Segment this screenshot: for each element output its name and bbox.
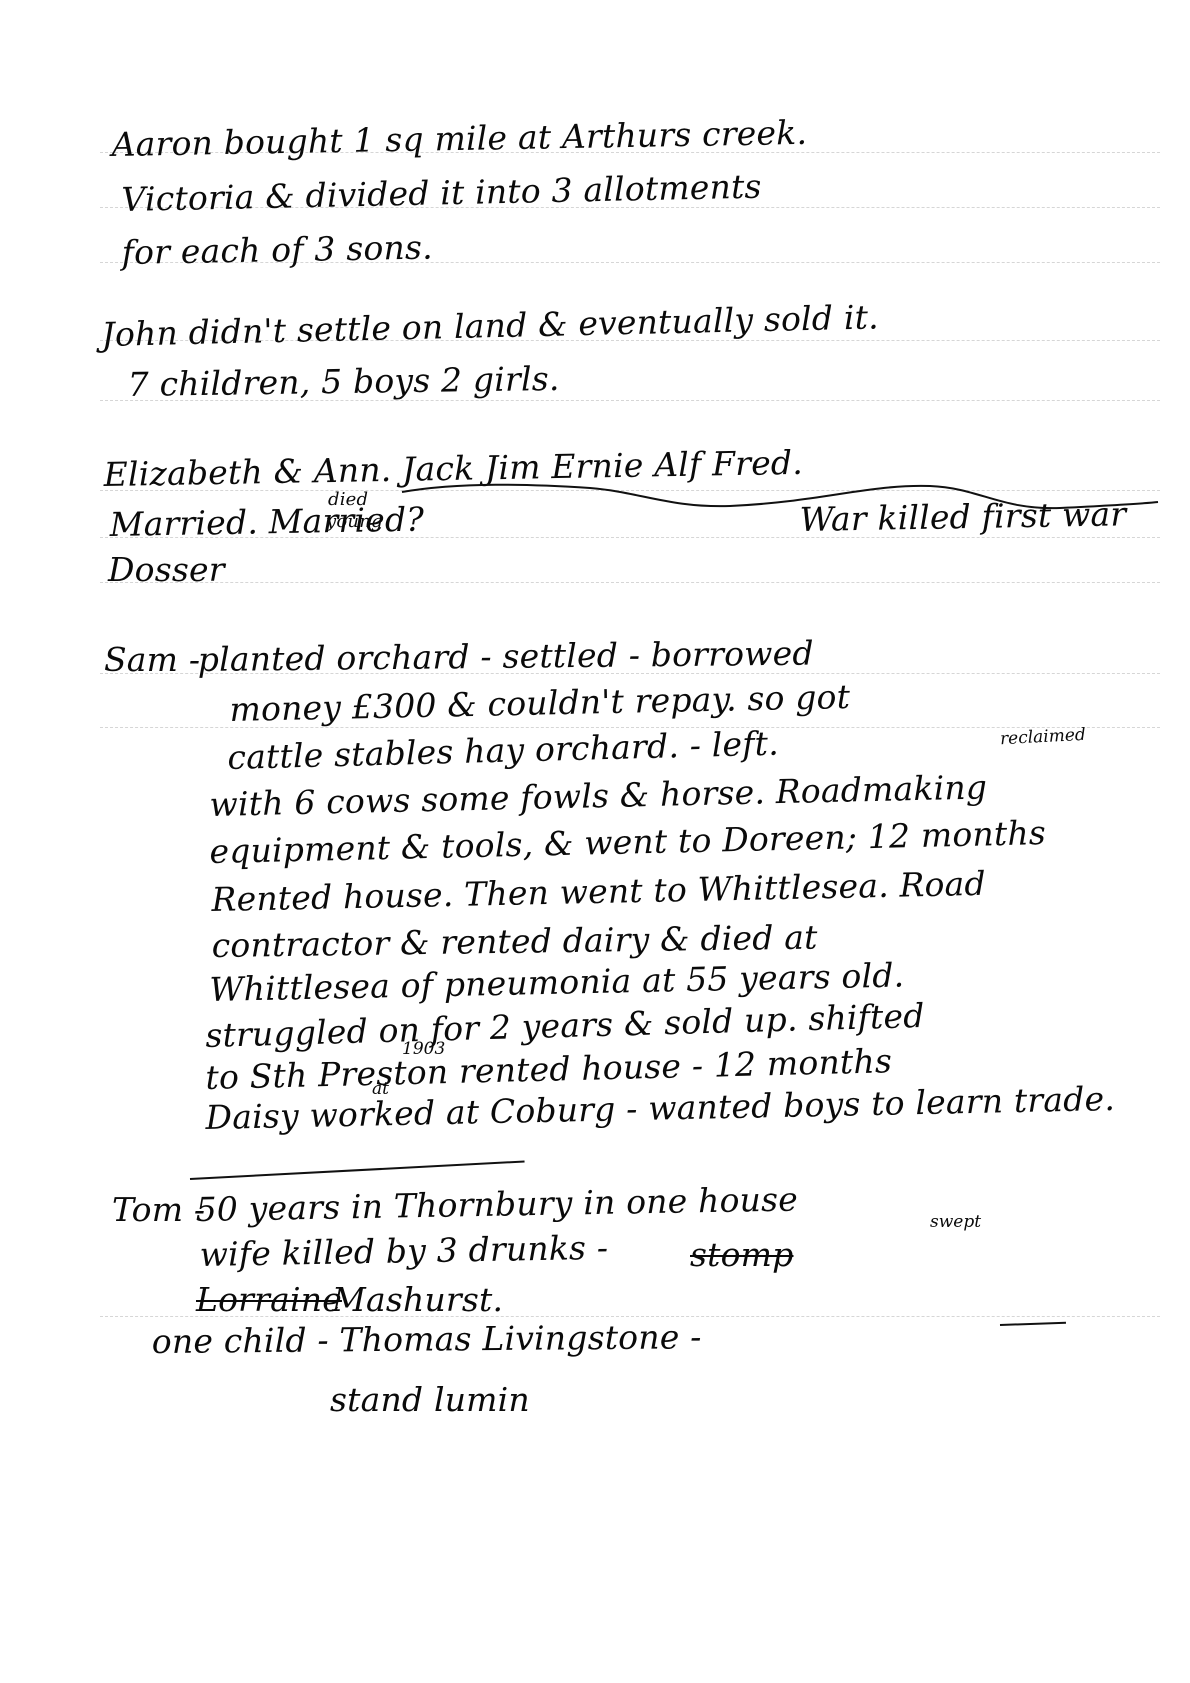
sam-line-6: Rented house. Then went to Whittlesea. R…: [211, 864, 986, 920]
tom-struck-word-1: stomp: [690, 1235, 793, 1275]
ruled-line: [100, 582, 1160, 583]
tom-insert-above: swept: [930, 1213, 981, 1231]
sam-label: Sam -: [104, 640, 200, 680]
sam-line-3: cattle stables hay orchard. - left.: [227, 724, 779, 778]
died-note-top: died: [328, 490, 368, 510]
john-line-1: John didn't settle on land & eventually …: [101, 297, 879, 355]
section-divider: [190, 1160, 525, 1180]
children-third-line: Dosser: [108, 550, 225, 590]
aaron-line-1: Aaron bought 1 sq mile at Arthurs creek.: [111, 113, 807, 165]
tom-line-2: wife killed by 3 drunks -: [199, 1228, 608, 1275]
tom-line-1: 50 years in Thornbury in one house: [195, 1179, 798, 1230]
sam-line-1: planted orchard - settled - borrowed: [198, 634, 814, 680]
child-line: one child - Thomas Livingstone -: [152, 1317, 702, 1362]
sam-line-2: money £300 & couldn't repay. so got: [229, 677, 850, 730]
tom-line-3: Mashurst.: [332, 1280, 503, 1320]
child-dash: [1000, 1322, 1066, 1326]
children-notes-right: War killed first war: [799, 494, 1126, 540]
aaron-line-2: Victoria & divided it into 3 allotments: [121, 167, 762, 220]
tom-label: Tom -: [112, 1190, 205, 1230]
john-line-2: 7 children, 5 boys 2 girls.: [127, 359, 559, 405]
handwritten-page: Aaron bought 1 sq mile at Arthurs creek.…: [0, 0, 1190, 1683]
tom-struck-word-2: Lorraine: [196, 1280, 342, 1320]
died-note-bottom: young: [326, 512, 383, 532]
sam-insert-reclaimed: reclaimed: [1000, 726, 1087, 748]
aaron-line-3: for each of 3 sons.: [121, 228, 433, 273]
child-note-below: stand lumin: [330, 1380, 530, 1420]
